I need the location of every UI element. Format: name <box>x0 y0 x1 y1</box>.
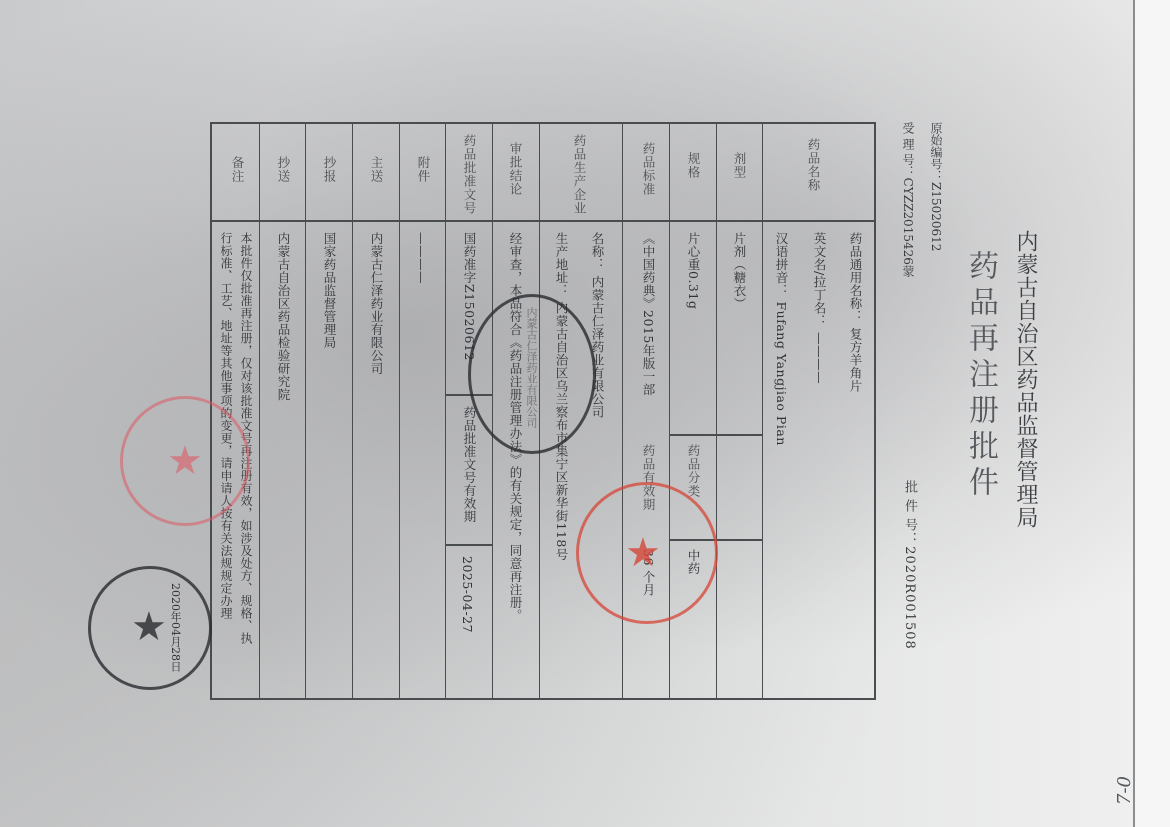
dosage-form-value: 片剂（糖衣） <box>730 232 748 310</box>
divider <box>445 124 446 698</box>
inspection-red-seal: ★ <box>120 396 250 526</box>
label-specification: 规格 <box>684 152 702 179</box>
page-margin <box>1134 0 1170 827</box>
bureau-red-seal: ★ <box>576 482 718 624</box>
generic-name: 药品通用名称： 复方羊角片 <box>846 232 864 392</box>
copy-send-value: 内蒙古自治区药品检验研究院 <box>274 232 292 401</box>
specification-value: 片心重0.31g <box>684 232 702 309</box>
company-seal-text: 内蒙古仁泽药业有限公司 <box>523 307 539 428</box>
label-approval-doc: 药品批准文号 <box>460 134 478 215</box>
label-conclusion: 审批结论 <box>506 142 524 196</box>
acceptance-number-label: 受 理 号： <box>901 122 915 178</box>
acceptance-number-value: CYZZ2015426蒙 <box>901 178 915 277</box>
label-remarks: 备注 <box>228 156 246 183</box>
official-date-seal: ★ 2020年04月28日 <box>88 566 212 690</box>
star-icon: ★ <box>167 441 203 481</box>
divider <box>445 544 492 546</box>
attachment-value: ———— <box>414 232 429 284</box>
english-name: 英文名/拉丁名： ———— <box>810 232 828 384</box>
divider <box>669 434 762 436</box>
label-copy-report: 抄报 <box>320 156 338 183</box>
divider <box>352 124 353 698</box>
label-attachment: 附件 <box>414 156 432 183</box>
divider <box>259 124 260 698</box>
label-category: 药品分类 <box>684 444 702 498</box>
company-seal: 内蒙古仁泽药业有限公司 <box>468 294 596 454</box>
divider <box>762 124 763 698</box>
divider <box>305 124 306 698</box>
approval-expiry-value: 2025-04-27 <box>460 556 475 633</box>
star-icon: ★ <box>131 607 167 647</box>
label-divider <box>212 220 874 222</box>
divider <box>716 124 717 698</box>
original-number-label: 原始编号： <box>929 122 943 182</box>
pinyin-name: 汉语拼音： Fufang Yangjiao Pian <box>772 232 790 446</box>
label-drug-name: 药品名称 <box>804 138 822 192</box>
label-copy-send: 抄送 <box>274 156 292 183</box>
label-dosage-form: 剂型 <box>730 152 748 179</box>
label-main-recipient: 主送 <box>367 156 385 183</box>
approval-expiry-label: 药品批准文号有效期 <box>460 406 478 523</box>
standard-value: 《中国药典》2015年版一部 <box>639 232 657 396</box>
document-title: 药品再注册批件 <box>958 250 1002 502</box>
label-manufacturer: 药品生产企业 <box>570 134 588 215</box>
approval-number-label: 批 件 号： <box>902 480 917 546</box>
issuer-heading: 内蒙古自治区药品监督管理局 <box>1010 230 1041 529</box>
label-standard: 药品标准 <box>639 142 657 196</box>
acceptance-number: 受 理 号：CYZZ2015426蒙 <box>900 122 917 277</box>
scan-edge <box>1133 0 1135 827</box>
seal-date: 2020年04月28日 <box>167 583 183 672</box>
original-number-value: Z15020612 <box>929 182 943 251</box>
main-recipient-value: 内蒙古仁泽药业有限公司 <box>367 232 385 375</box>
approval-number: 批 件 号：2020R001508 <box>900 480 919 650</box>
divider <box>399 124 400 698</box>
original-number: 原始编号：Z15020612 <box>928 122 945 251</box>
star-icon: ★ <box>625 533 661 573</box>
handwritten-page-note: 7-0 <box>1114 776 1135 805</box>
approval-number-value: 2020R001508 <box>902 546 917 650</box>
copy-report-value: 国家药品监督管理局 <box>320 232 338 349</box>
